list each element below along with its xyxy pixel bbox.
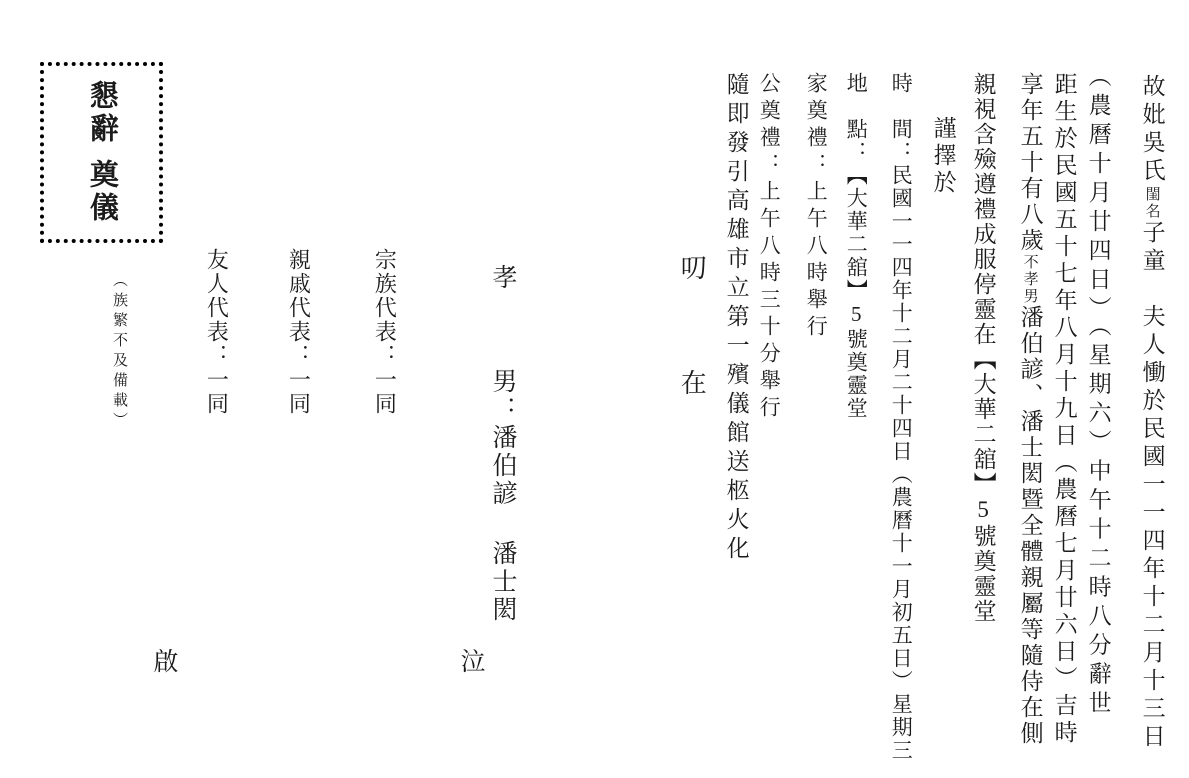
clan-too-numerous-note: （族繁不及備載） bbox=[110, 272, 128, 432]
announce-char: 啟 bbox=[148, 648, 178, 677]
obituary-notice: 故妣吳氏閨名子童 夫人慟於民國一一四年十二月十三日 （農曆十月廿四日）（星期六）… bbox=[0, 0, 1189, 778]
age-text: 享年五十有八歲 bbox=[1018, 72, 1043, 254]
decline-condolence-box: 懇辭奠儀 bbox=[40, 62, 163, 243]
repose-hall-text: 號奠靈堂 bbox=[971, 524, 996, 624]
friend-representatives-line: 友人代表：一同 bbox=[203, 248, 229, 416]
age-line: 享年五十有八歲不孝男潘伯諺、潘士閎暨全體親屬等隨侍在側 bbox=[1016, 72, 1044, 747]
clan-representatives-line: 宗族代表：一同 bbox=[371, 248, 397, 416]
maiden-name-label: 閨名 bbox=[1144, 186, 1160, 220]
place-venue: 【大華二舘】 bbox=[844, 164, 868, 302]
chosen-on-label: 謹擇於 bbox=[929, 116, 957, 197]
public-rite-line: 公奠禮：上午八時三十分舉行 bbox=[756, 72, 781, 423]
attendants-text: 潘伯諺、潘士閎暨全體親屬等隨侍在側 bbox=[1018, 305, 1043, 747]
relative-representatives-line: 親戚代表：一同 bbox=[285, 248, 311, 416]
time-label: 時 間： bbox=[889, 72, 913, 164]
time-line: 時 間：民國一一四年十二月二十四日（農曆十一月初五日）星期三 bbox=[888, 72, 913, 762]
repose-line: 親視含殮遵禮成服停靈在【大華二舘】5號奠靈堂 bbox=[969, 72, 997, 624]
repose-hall-number: 5 bbox=[971, 497, 996, 524]
death-date-line: 夫人慟於民國一一四年十二月十三日 bbox=[1140, 276, 1165, 752]
sons-label-and-name: 男：潘伯諺 bbox=[489, 368, 516, 508]
place-hall-text: 號奠靈堂 bbox=[844, 328, 868, 420]
decline-word-1: 懇辭 bbox=[86, 80, 118, 146]
birth-date-line: 距生於民國五十七年八月十九日（農曆七月廿六日）吉時 bbox=[1050, 72, 1078, 747]
death-lunar-date-line: （農曆十月廿四日）（星期六）中午十二時八分辭世 bbox=[1084, 64, 1112, 720]
unfilial-sons-label: 不孝男 bbox=[1022, 254, 1038, 305]
deceased-line: 故妣吳氏閨名子童 夫人慟於民國一一四年十二月十三日 bbox=[1138, 74, 1166, 752]
filial-sons-line: 孝男：潘伯諺潘士閎 bbox=[487, 264, 517, 624]
time-value: 民國一一四年十二月二十四日（農曆十一月初五日）星期三 bbox=[889, 164, 913, 762]
xiao-char: 孝 bbox=[489, 264, 516, 292]
deceased-given-name: 子童 bbox=[1140, 220, 1165, 276]
repose-text: 親視含殮遵禮成服停靈在【大華二舘】 bbox=[971, 72, 996, 497]
zai-char: 在 bbox=[676, 369, 707, 399]
place-line: 地 點：【大華二舘】5號奠靈堂 bbox=[843, 72, 868, 420]
place-hall-number: 5 bbox=[844, 302, 868, 328]
dao-char: 叨 bbox=[676, 254, 707, 284]
decline-word-2: 奠儀 bbox=[86, 159, 118, 225]
place-label: 地 點： bbox=[844, 72, 868, 164]
weeping-char: 泣 bbox=[455, 648, 485, 677]
decline-condolence-text: 懇辭奠儀 bbox=[84, 80, 119, 225]
family-rite-line: 家奠禮：上午八時舉行 bbox=[803, 72, 828, 342]
deceased-title: 故妣吳氏 bbox=[1140, 74, 1165, 186]
procession-line: 隨即發引高雄市立第一殯儀館送柩火化 bbox=[722, 72, 750, 565]
second-son-name: 潘士閎 bbox=[489, 540, 516, 624]
